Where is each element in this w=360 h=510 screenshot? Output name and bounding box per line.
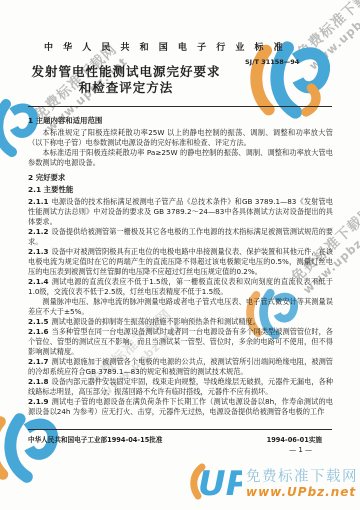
- clause-text: 电源设备的技术指标满足被测电子管产品《总技术条件》和GB 3789.1—83《发…: [28, 197, 333, 226]
- clause-number: 2.1.8: [28, 377, 48, 386]
- brand-site-name: 免费标准下载网: [246, 470, 358, 485]
- up-logo-icon: [0, 412, 58, 484]
- clause-2-1-8: 2.1.8设备内部元器件安装固定牢固，线束走向规整，导线绝缘层无破损，元器件无漏…: [28, 377, 333, 397]
- clause-number: 2.1.4: [28, 277, 48, 286]
- clause-text: 设备内部元器件安装固定牢固，线束走向规整，导线绝缘层无破损，元器件无漏电，各种线…: [28, 377, 333, 396]
- section-2-1-heading: 2.1 主要性能: [28, 185, 333, 195]
- title-line-1: 发射管电性能测试电源完好要求: [0, 64, 252, 80]
- section-1-heading: 1 主题内容和适用范围: [28, 116, 333, 126]
- clause-2-1-5: 2.1.5测试电源设备的抑制寄生振荡的措施不影响预热条件和测试精度。: [28, 317, 333, 327]
- section-2-heading: 2 完好要求: [28, 173, 333, 183]
- page-number: — 1 —: [289, 446, 312, 454]
- clause-text: 设备提供给被测管第一栅极及其它各电极的工作电源的技术指标满足被测管测试规范的要求…: [28, 227, 333, 246]
- title-line-2: 和检查评定方法: [0, 80, 252, 96]
- brand-text: 免费标准下载网 www.UPbz.net: [246, 470, 358, 499]
- clause-text: 测量脉冲电压、脉冲电流的脉冲测量电路或者电子管式电压表、电子管式微安计等其测量误…: [28, 297, 333, 316]
- document-body: 1 主题内容和适用范围 本标准规定了阳极连续耗散功率25W 以上的静电控制的振荡…: [28, 111, 333, 417]
- section-1-paragraph-2: 本标准适用于阳极连续耗散功率 Pa≥25W 的静电控制的振荡、调制、调整和功率放…: [28, 148, 333, 168]
- clause-2-1-4: 2.1.4测试电源的直流仪表应不低于1.5级，第一栅极直流仪表和双向刻度的直流仪…: [28, 277, 333, 297]
- clause-2-1-4-continued: 测量脉冲电压、脉冲电流的脉冲测量电路或者电子管式电压表、电子管式微安计等其测量误…: [28, 297, 333, 317]
- clause-number: 2.1.9: [28, 397, 48, 406]
- clause-text: 设备中对被测管阴极具有正电位的电极电路中串接测量仪表、保护装置和其他元件，在该电…: [28, 247, 333, 276]
- clause-text: 测试电源设备的抑制寄生振荡的措施不影响预热条件和测试精度。: [51, 317, 259, 326]
- up-logo-icon: UP: [190, 462, 242, 506]
- clause-text: 测试电源施加于被测管各个电极的电源的公共点，被测试管所引出端间绝缘电阻，被测管的…: [28, 357, 333, 376]
- clause-number: 2.1.2: [28, 227, 48, 236]
- approval-note: 中华人民共和国电子工业部1994-04-15批准: [28, 434, 163, 444]
- clause-2-1-2: 2.1.2设备提供给被测管第一栅极及其它各电极的工作电源的技术指标满足被测管测试…: [28, 227, 333, 247]
- clause-text: 测试电源的直流仪表应不低于1.5级，第一栅极直流仪表和双向刻度的直流仪表不低于1…: [28, 277, 333, 296]
- clause-text: 测试电子管的电源设备在满负荷条件下长期工作（测试电源设备以8h，作寿命测试的电源…: [28, 397, 333, 416]
- document-title: 发射管电性能测试电源完好要求 和检查评定方法: [0, 64, 252, 96]
- clause-number: 2.1.5: [28, 317, 48, 326]
- implementation-date: 1994-06-01实施: [267, 434, 322, 444]
- svg-text:UP: UP: [198, 464, 242, 502]
- clause-2-1-1: 2.1.1电源设备的技术指标满足被测电子管产品《总技术条件》和GB 3789.1…: [28, 197, 333, 227]
- clause-number: 2.1.6: [28, 327, 48, 336]
- clause-text: 当多种管型在同一台电源设备测试时或者同一台电源设备有多个同类型被测管管位时，各个…: [28, 327, 333, 356]
- clause-number: 2.1.1: [28, 197, 48, 206]
- brand-site-url: www.UPbz.net: [246, 486, 358, 498]
- watermark-top-right: 免费标准下载网 www.upbz.net: [268, 8, 360, 42]
- clause-2-1-6: 2.1.6当多种管型在同一台电源设备测试时或者同一台电源设备有多个同类型被测管管…: [28, 327, 333, 357]
- standard-organization: 中 华 人 民 共 和 国 电 子 行 业 标 准: [44, 40, 286, 53]
- footer-rule: [28, 429, 332, 430]
- header-rule: [28, 106, 332, 107]
- clause-2-1-9: 2.1.9测试电子管的电源设备在满负荷条件下长期工作（测试电源设备以8h，作寿命…: [28, 397, 333, 417]
- clause-2-1-7: 2.1.7测试电源施加于被测管各个电极的电源的公共点，被测试管所引出端间绝缘电阻…: [28, 357, 333, 377]
- document-page: 免费标准下载网 www.upbz.net 免费标准下载网 www.upbz.ne…: [0, 0, 360, 510]
- section-1-paragraph-1: 本标准规定了阳极连续耗散功率25W 以上的静电控制的振荡、调制、调整和功率放大管…: [28, 128, 333, 148]
- clause-number: 2.1.7: [28, 357, 48, 366]
- standard-number: SJ/T 31158—94: [245, 58, 299, 66]
- site-brand-logo: UP 免费标准下载网 www.UPbz.net: [190, 462, 358, 506]
- clause-2-1-3: 2.1.3设备中对被测管阴极具有正电位的电极电路中串接测量仪表、保护装置和其他元…: [28, 247, 333, 277]
- clause-number: 2.1.3: [28, 247, 48, 256]
